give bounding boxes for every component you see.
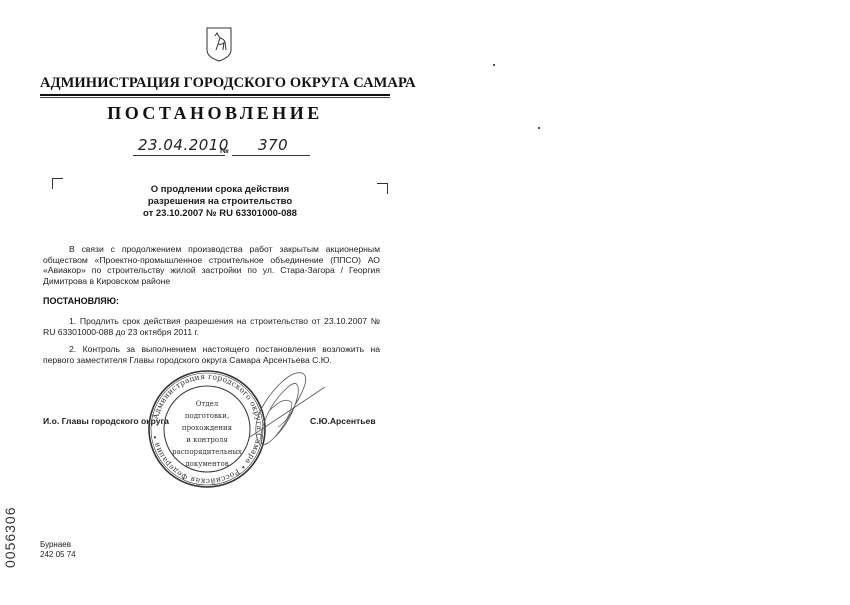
executor-info: Бурнаев 242 05 74 <box>40 540 76 560</box>
svg-text:распорядительных: распорядительных <box>172 448 242 456</box>
decree-item-1: 1. Продлить срок действия разрешения на … <box>43 316 380 337</box>
serial-number: 0056306 <box>2 508 20 568</box>
subject-line: от 23.10.2007 № RU 63301000-088 <box>120 208 320 220</box>
date-underline <box>133 155 225 156</box>
decree-item-2: 2. Контроль за выполнением настоящего по… <box>43 344 380 365</box>
document-type: ПОСТАНОВЛЕНИЕ <box>40 103 390 124</box>
preamble-paragraph: В связи с продолжением производства рабо… <box>43 244 380 286</box>
svg-text:прохождения: прохождения <box>182 424 233 432</box>
subject-bracket-right <box>377 183 388 194</box>
subject-line: разрешения на строительство <box>120 196 320 208</box>
header-rule-thin <box>40 97 390 98</box>
handwritten-signature <box>240 365 330 450</box>
number-underline <box>232 155 310 156</box>
svg-text:и контроля: и контроля <box>186 436 228 444</box>
scan-speck <box>493 64 495 66</box>
subject-line: О продлении срока действия <box>120 184 320 196</box>
decree-heading: ПОСТАНОВЛЯЮ: <box>43 296 119 306</box>
document-date: 23.04.2010 <box>138 136 229 154</box>
document-number: 370 <box>258 136 288 154</box>
executor-phone: 242 05 74 <box>40 550 76 560</box>
coat-of-arms-icon <box>205 26 233 62</box>
subject-bracket-left <box>52 178 63 189</box>
number-label: № <box>220 146 229 155</box>
svg-text:подготовки,: подготовки, <box>185 412 229 420</box>
svg-text:документов: документов <box>185 460 228 468</box>
executor-name: Бурнаев <box>40 540 76 550</box>
svg-text:Отдел: Отдел <box>196 400 219 408</box>
header-rule <box>40 94 390 96</box>
document-subject: О продлении срока действия разрешения на… <box>120 184 320 220</box>
organization-name: АДМИНИСТРАЦИЯ ГОРОДСКОГО ОКРУГА САМАРА <box>40 75 390 92</box>
scan-speck <box>538 127 540 129</box>
